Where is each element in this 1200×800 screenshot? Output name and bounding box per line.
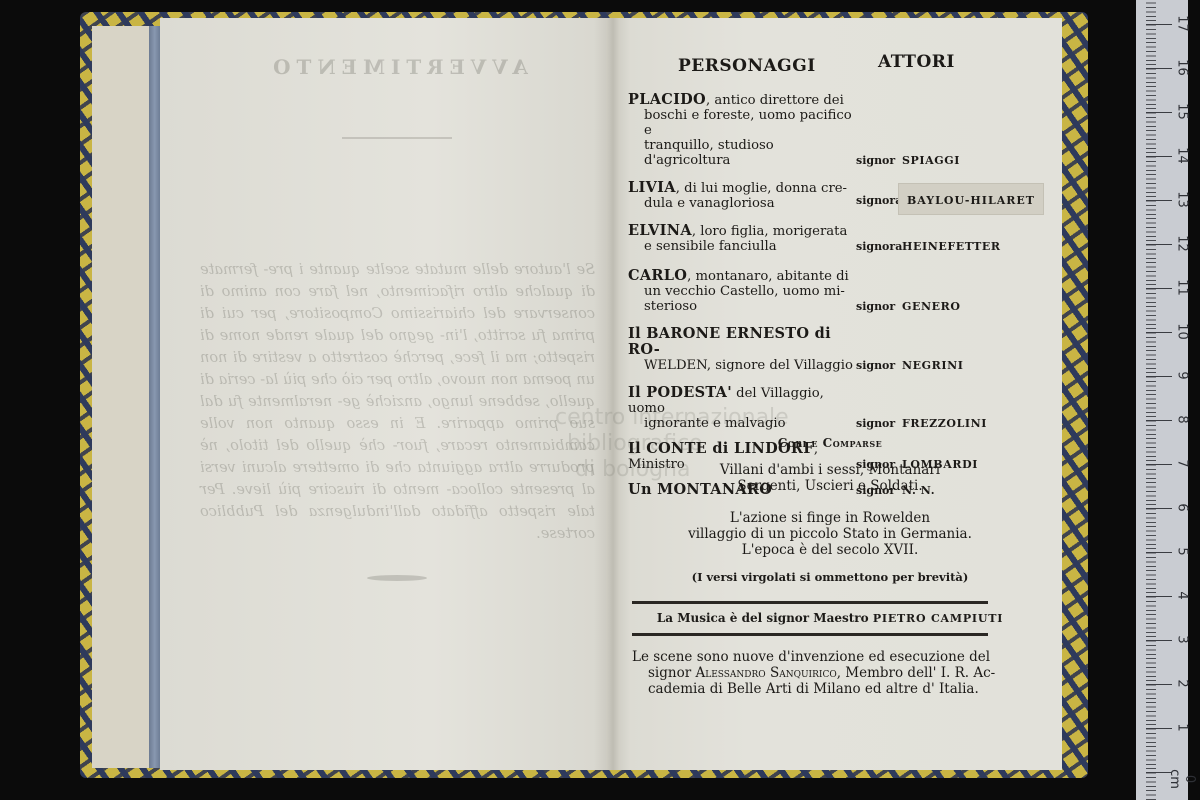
actor-title: signor <box>856 299 902 314</box>
ruler-label: 3 <box>1175 630 1190 650</box>
setting-line: L'azione si finge in Rowelden <box>620 510 1040 526</box>
ruler-major-tick <box>1146 552 1172 553</box>
ruler-major-tick <box>1146 596 1172 597</box>
cast-header: PERSONAGGI ATTORI <box>628 50 1038 84</box>
role-desc: , montanaro, abitante di <box>687 269 849 284</box>
ruler-label: 15 <box>1175 102 1190 122</box>
ruler-major-tick <box>1146 376 1172 377</box>
ruler-label: 7 <box>1175 454 1190 474</box>
role-name: Il BARONE ERNESTO di RO- <box>628 325 831 358</box>
show-through-body: Se l'autore delle mutate scelte quante i… <box>200 259 595 545</box>
ruler-major-tick <box>1146 508 1172 509</box>
ruler-label: 16 <box>1175 58 1190 78</box>
scenery-text: signor <box>648 665 695 681</box>
role-name: LIVIA <box>628 179 676 196</box>
role-name: PLACIDO <box>628 91 706 108</box>
actor-title: signora <box>856 239 902 254</box>
characters-heading: PERSONAGGI <box>678 56 816 76</box>
ruler-label: 10 <box>1175 322 1190 342</box>
ruler-label: 5 <box>1175 542 1190 562</box>
actor-name: NEGRINI <box>902 359 964 372</box>
chorus-heading: Cori e Comparse <box>620 436 1040 450</box>
chorus-line: Sergenti, Uscieri e Soldati. <box>620 478 1040 494</box>
actors-heading: ATTORI <box>878 52 955 72</box>
composer-name: PIETRO CAMPIUTI <box>873 612 1003 625</box>
role-name: Il PODESTA' <box>628 384 732 401</box>
ruler-label: 13 <box>1175 190 1190 210</box>
role-name: CARLO <box>628 267 687 284</box>
scenery-line: cademia di Belle Arti di Milano ed altre… <box>632 681 1002 697</box>
role-desc: boschi e foreste, uomo pacifico e <box>628 108 853 138</box>
chorus-list: Villani d'ambi i sessi, Montanari Sergen… <box>620 462 1040 494</box>
setting-line: villaggio di un piccolo Stato in Germani… <box>620 526 1040 542</box>
ruler-major-tick <box>1146 288 1172 289</box>
ruler-major-tick <box>1146 112 1172 113</box>
ruler-major-tick <box>1146 244 1172 245</box>
ruler-label: 2 <box>1175 674 1190 694</box>
divider-rule <box>632 633 988 636</box>
divider-rule <box>632 601 988 604</box>
actor-title: signor <box>856 416 902 431</box>
ruler-major-tick <box>1146 24 1172 25</box>
role-name: ELVINA <box>628 222 692 239</box>
ruler-major-tick <box>1146 420 1172 421</box>
scenery-line: signor Alessandro Sanquirico, Membro del… <box>632 665 1002 681</box>
ruler-major-tick <box>1146 332 1172 333</box>
cast-list: PERSONAGGI ATTORI PLACIDO, antico dirett… <box>628 50 1038 498</box>
ruler-major-tick <box>1146 640 1172 641</box>
actor-name: GENERO <box>902 300 961 313</box>
show-through-ornament <box>368 575 428 581</box>
ruler-label: 6 <box>1175 498 1190 518</box>
actor-name: SPIAGGI <box>902 154 960 167</box>
music-credit: La Musica è del signor Maestro PIETRO CA… <box>620 611 1040 625</box>
scenery-credit: Le scene sono nuove d'invenzione ed esec… <box>632 649 1002 697</box>
role-entry: PLACIDO, antico direttore dei boschi e f… <box>628 92 1038 168</box>
actor-title: signor <box>856 153 902 168</box>
ruler-ticks <box>1146 0 1168 800</box>
ruler-label: 0 cm <box>1167 769 1197 789</box>
ruler-major-tick <box>1146 156 1172 157</box>
show-through-title: AVVERTIMENTO <box>200 55 595 79</box>
ruler-label: 4 <box>1175 586 1190 606</box>
ruler-label: 11 <box>1175 278 1190 298</box>
actor-title: signora <box>856 193 902 208</box>
role-desc: , antico direttore dei <box>706 93 844 108</box>
role-desc: tranquillo, studioso d'agricoltura <box>628 138 853 168</box>
scenery-line: Le scene sono nuove d'invenzione ed esec… <box>632 649 1002 665</box>
actor-name: HEINEFETTER <box>902 240 1001 253</box>
role-desc: dula e vanagloriosa <box>628 196 853 211</box>
measuring-ruler: 0 cm1234567891011121314151617 <box>1136 0 1188 800</box>
ruler-label: 14 <box>1175 146 1190 166</box>
designer-name: Alessandro Sanquirico <box>695 665 836 681</box>
actor-name-pasted-slip: BAYLOU-HILARET <box>898 183 1044 215</box>
role-desc: sterioso <box>628 299 853 314</box>
ruler-major-tick <box>1146 200 1172 201</box>
role-entry: LIVIA, di lui moglie, donna cre- dula e … <box>628 180 1038 211</box>
role-entry: Il PODESTA' del Villaggio, uomo ignorant… <box>628 385 1038 431</box>
role-entry: CARLO, montanaro, abitante di un vecchio… <box>628 268 1038 314</box>
ruler-label: 17 <box>1175 14 1190 34</box>
ruler-major-tick <box>1146 68 1172 69</box>
omission-note: (I versi virgolati si ommettono per brev… <box>620 570 1040 584</box>
role-desc: WELDEN, signore del Villaggio <box>628 358 853 373</box>
ruler-label: 9 <box>1175 366 1190 386</box>
role-desc: e sensibile fanciulla <box>628 239 853 254</box>
role-entry: ELVINA, loro figlia, morigerata e sensib… <box>628 223 1038 254</box>
ruler-major-tick <box>1146 684 1172 685</box>
ruler-major-tick <box>1146 728 1172 729</box>
flyleaf-strip <box>92 26 150 768</box>
setting-line: L'epoca è del secolo XVII. <box>620 542 1040 558</box>
music-credit-prefix: La Musica è del signor Maestro <box>657 611 873 625</box>
ruler-major-tick <box>1146 464 1172 465</box>
role-entry: Il BARONE ERNESTO di RO- WELDEN, signore… <box>628 326 1038 373</box>
actor-title: signor <box>856 358 902 373</box>
show-through-rule <box>343 137 453 139</box>
setting-note: L'azione si finge in Rowelden villaggio … <box>620 510 1040 558</box>
chorus-line: Villani d'ambi i sessi, Montanari <box>620 462 1040 478</box>
role-desc: un vecchio Castello, uomo mi- <box>628 284 853 299</box>
book-gutter <box>606 18 620 770</box>
actor-name: FREZZOLINI <box>902 417 987 430</box>
role-desc: ignorante e malvagio <box>628 416 853 431</box>
ruler-label: 1 <box>1175 718 1190 738</box>
scenery-text: , Membro dell' I. R. Ac- <box>837 665 996 681</box>
role-desc: , di lui moglie, donna cre- <box>676 181 847 196</box>
role-desc: , loro figlia, morigerata <box>692 224 847 239</box>
ruler-label: 12 <box>1175 234 1190 254</box>
ruler-label: 8 <box>1175 410 1190 430</box>
show-through-text: AVVERTIMENTO Se l'autore delle mutate sc… <box>200 55 595 581</box>
